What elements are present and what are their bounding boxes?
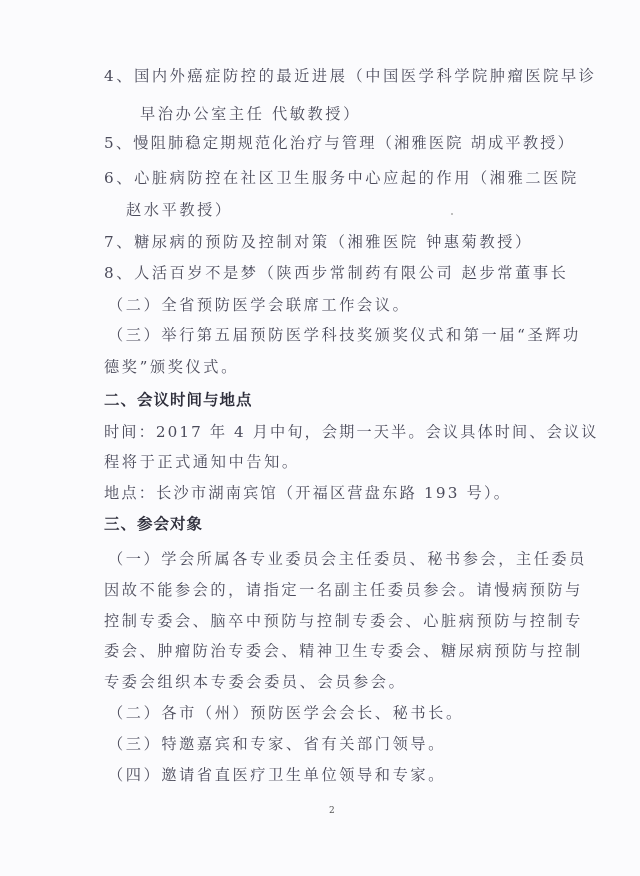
page-number: 2 — [329, 806, 335, 816]
attendee-item-3: （三）特邀嘉宾和专家、省有关部门领导。 — [108, 734, 446, 754]
sub-item-3: （三）举行第五届预防医学科技奖颁奖仪式和第一届“圣辉功 — [108, 325, 581, 345]
meeting-time-line-1: 时间：2017 年 4 月中旬，会期一天半。会议具体时间、会议议 — [104, 422, 599, 442]
agenda-number: 7、 — [104, 233, 134, 251]
agenda-item-8: 8、人活百岁不是梦（陕西步常制药有限公司 赵步常董事长 — [104, 263, 568, 283]
attendee-item-1-line-5: 专委会组织本专委会委员、会员参会。 — [104, 672, 406, 692]
agenda-item-5: 5、慢阻肺稳定期规范化治疗与管理（湘雅医院 胡成平教授） — [104, 133, 575, 153]
agenda-text: 糖尿病的预防及控制对策（湘雅医院 钟惠菊教授） — [134, 233, 533, 251]
attendee-item-4: （四）邀请省直医疗卫生单位领导和专家。 — [108, 765, 446, 785]
agenda-text: 慢阻肺稳定期规范化治疗与管理（湘雅医院 胡成平教授） — [133, 134, 575, 152]
agenda-number: 6、 — [104, 169, 134, 187]
meeting-time-line-2: 程将于正式通知中告知。 — [104, 452, 300, 472]
agenda-item-6-continuation: 赵水平教授） — [126, 200, 233, 220]
agenda-item-6: 6、心脏病防控在社区卫生服务中心应起的作用（湘雅二医院 — [104, 168, 579, 188]
section-heading-time-place: 二、会议时间与地点 — [104, 390, 253, 410]
sub-item-2: （二）全省预防医学会联席工作会议。 — [108, 295, 410, 315]
attendee-item-2: （二）各市（州）预防医学会会长、秘书长。 — [108, 703, 464, 723]
attendee-item-1-line-3: 控制专委会、脑卒中预防与控制专委会、心脏病预防与控制专 — [104, 611, 583, 631]
agenda-item-4: 4、国内外癌症防控的最近进展（中国医学科学院肿瘤医院早诊 — [104, 66, 597, 86]
agenda-item-4-continuation: 早治办公室主任 代敏教授） — [140, 104, 361, 124]
agenda-text: 国内外癌症防控的最近进展（中国医学科学院肿瘤医院早诊 — [134, 67, 596, 85]
agenda-number: 4、 — [104, 67, 134, 85]
attendee-item-1-line-4: 委会、肿瘤防治专委会、精神卫生专委会、糖尿病预防与控制 — [104, 641, 583, 661]
section-heading-attendees: 三、参会对象 — [104, 514, 203, 534]
sub-item-3-continuation: 德奖”颁奖仪式。 — [104, 357, 239, 377]
agenda-text: 人活百岁不是梦（陕西步常制药有限公司 赵步常董事长 — [134, 264, 568, 282]
meeting-place: 地点：长沙市湖南宾馆（开福区营盘东路 193 号）。 — [104, 483, 511, 503]
agenda-text: 心脏病防控在社区卫生服务中心应起的作用（湘雅二医院 — [134, 169, 579, 187]
attendee-item-1-line-1: （一）学会所属各专业委员会主任委员、秘书参会，主任委员 — [108, 549, 587, 569]
agenda-number: 5、 — [104, 134, 133, 152]
agenda-item-7: 7、糖尿病的预防及控制对策（湘雅医院 钟惠菊教授） — [104, 232, 533, 252]
attendee-item-1-line-2: 因故不能参会的，请指定一名副主任委员参会。请慢病预防与 — [104, 580, 583, 600]
scan-speck — [451, 213, 453, 215]
agenda-number: 8、 — [104, 264, 134, 282]
document-page: 4、国内外癌症防控的最近进展（中国医学科学院肿瘤医院早诊 早治办公室主任 代敏教… — [0, 0, 640, 876]
